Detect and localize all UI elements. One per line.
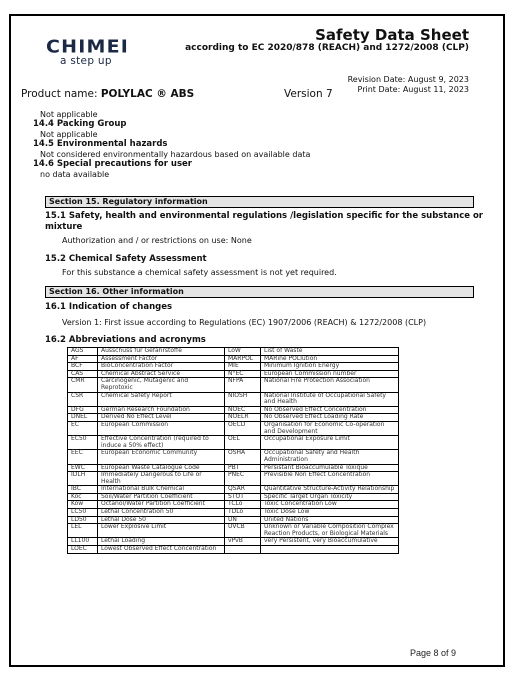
document-subtitle: according to EC 2020/878 (REACH) and 127… [185, 43, 469, 53]
abbr-code: IDLH [68, 472, 98, 486]
abbr-meaning: Previsible Non Effect Concentration [261, 472, 399, 486]
abbr-meaning: European Economic Community [98, 450, 225, 464]
company-tagline: a step up [60, 55, 112, 67]
abbr-meaning: Chemical Safety Report [98, 392, 225, 406]
revision-date: Revision Date: August 9, 2023 [348, 75, 469, 85]
abbr-meaning [261, 546, 399, 554]
abbr-code: EC [68, 421, 98, 435]
s15-2-heading: 15.2 Chemical Safety Assessment [45, 254, 207, 264]
table-row: EECEuropean Economic CommunityOSHAOccupa… [68, 450, 399, 464]
s14-6-heading: 14.6 Special precautions for user [33, 159, 192, 169]
s16-1-text: Version 1: First issue according to Regu… [62, 318, 426, 327]
print-date: Print Date: August 11, 2023 [348, 85, 469, 95]
abbr-meaning: Ausschuss für Gefahrstoffe [98, 348, 225, 356]
abbr-meaning: Unknown or Variable Composition Complex … [261, 524, 399, 538]
abbr-code: NIOSH [225, 392, 261, 406]
section-15-bar: Section 15. Regulatory information [45, 196, 474, 208]
abbr-meaning: Organisation for Economic Co-operation a… [261, 421, 399, 435]
abbr-meaning: Carcinogenic, Mutagenic and Reprotoxic [98, 378, 225, 392]
abbr-code [225, 546, 261, 554]
document-title: Safety Data Sheet [315, 26, 469, 44]
table-row: ECEuropean CommissionOECDOrganisation fo… [68, 421, 399, 435]
s16-1-heading: 16.1 Indication of changes [45, 302, 172, 312]
abbr-code: CSR [68, 392, 98, 406]
abbr-code: OSHA [225, 450, 261, 464]
abbr-code: EC50 [68, 436, 98, 450]
abbr-meaning: Occupational Safety and Health Administr… [261, 450, 399, 464]
abbr-code: UVCB [225, 524, 261, 538]
abbr-code: vPvB [225, 538, 261, 546]
abbr-meaning: Lowest Observed Effect Concentration [98, 546, 225, 554]
abbr-code: EEC [68, 450, 98, 464]
s14-5-heading: 14.5 Environmental hazards [33, 139, 167, 149]
table-row: CSRChemical Safety ReportNIOSHNational I… [68, 392, 399, 406]
s14-4-heading: 14.4 Packing Group [33, 119, 127, 129]
abbr-code: CMR [68, 378, 98, 392]
s14-6-text: no data available [40, 170, 109, 179]
abbr-meaning: Immediately Dangerous to Life or Health [98, 472, 225, 486]
abbr-code: LoW [225, 348, 261, 356]
s15-1-heading-line1: 15.1 Safety, health and environmental re… [45, 211, 483, 221]
s16-2-heading: 16.2 Abbreviations and acronyms [45, 335, 206, 345]
version: Version 7 [284, 88, 333, 100]
abbr-meaning: National Fire Protection Association [261, 378, 399, 392]
s15-1-heading-line2: mixture [45, 222, 82, 232]
abbr-code: OECD [225, 421, 261, 435]
abbr-code: AGS [68, 348, 98, 356]
table-row: EC50Effective Concentration (required to… [68, 436, 399, 450]
abbr-meaning: very Persistent, very Bioaccumulative [261, 538, 399, 546]
product-name: POLYLAC ® ABS [101, 88, 194, 100]
table-row: AGSAusschuss für GefahrstoffeLoWList of … [68, 348, 399, 356]
abbr-code: OEL [225, 436, 261, 450]
s15-2-text: For this substance a chemical safety ass… [62, 268, 337, 277]
table-row: IDLHImmediately Dangerous to Life or Hea… [68, 472, 399, 486]
section-16-bar: Section 16. Other information [45, 286, 474, 298]
abbr-meaning: List of Waste [261, 348, 399, 356]
dates: Revision Date: August 9, 2023 Print Date… [348, 75, 469, 95]
abbr-code: PNEC [225, 472, 261, 486]
product-label: Product name: [21, 88, 101, 100]
abbr-meaning: Lower Explosive Limit [98, 524, 225, 538]
abbr-meaning: Effective Concentration (required to ind… [98, 436, 225, 450]
table-row: CMRCarcinogenic, Mutagenic and Reprotoxi… [68, 378, 399, 392]
s14-4-text: Not applicable [40, 130, 98, 139]
table-row: LOECLowest Observed Effect Concentration [68, 546, 399, 554]
abbr-meaning: Occupational Exposure Limit [261, 436, 399, 450]
abbreviations-table: AGSAusschuss für GefahrstoffeLoWList of … [67, 347, 399, 554]
product-name-line: Product name: POLYLAC ® ABS [21, 88, 194, 100]
abbr-meaning: European Commission [98, 421, 225, 435]
abbr-code: NFPA [225, 378, 261, 392]
abbr-code: LOEC [68, 546, 98, 554]
s15-1-text: Authorization and / or restrictions on u… [62, 236, 252, 245]
s14-3-text: Not applicable [40, 110, 98, 119]
page-number: Page 8 of 9 [410, 648, 456, 658]
abbr-meaning: National Institute of Occupational Safet… [261, 392, 399, 406]
s14-5-text: Not considered environmentally hazardous… [40, 150, 310, 159]
table-row: LELLower Explosive LimitUVCBUnknown or V… [68, 524, 399, 538]
abbr-code: LEL [68, 524, 98, 538]
